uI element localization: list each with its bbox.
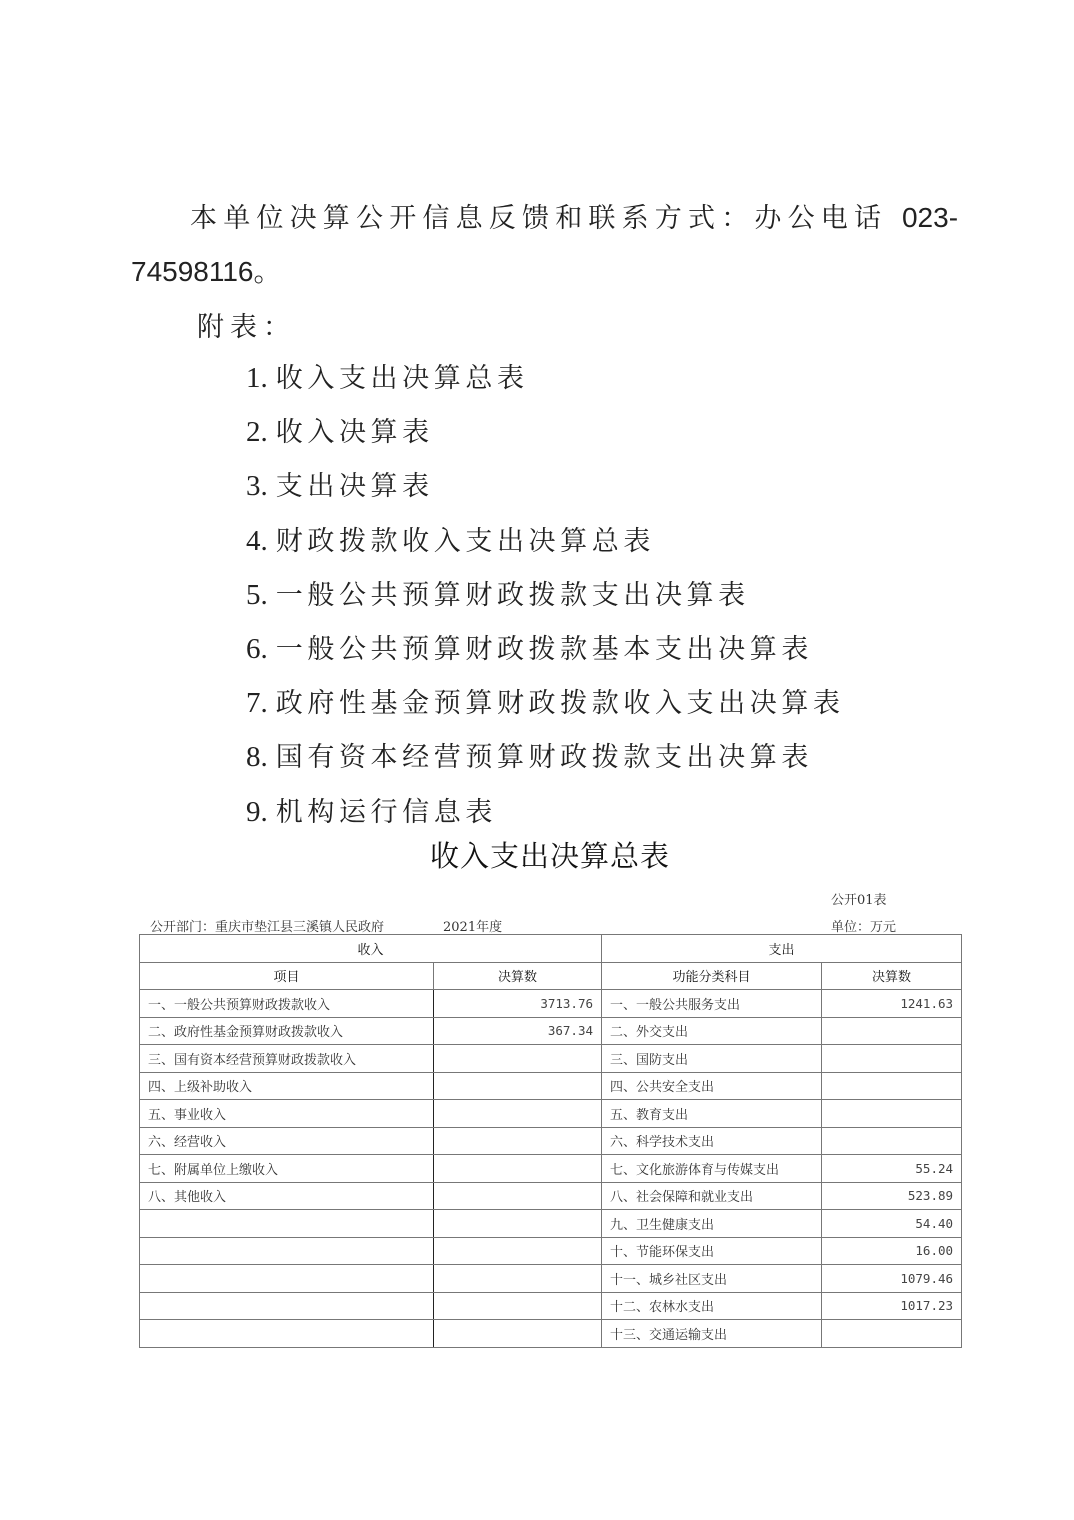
income-amount [434, 1182, 602, 1210]
col-header-expense-amount: 决算数 [822, 962, 962, 990]
item-number: 7. [246, 687, 268, 719]
income-expense-table: 收入 支出 项目 决算数 功能分类科目 决算数 一、一般公共预算财政拨款收入37… [139, 934, 962, 1348]
expense-amount: 1079.46 [822, 1265, 962, 1293]
expense-item: 四、公共安全支出 [602, 1072, 822, 1100]
table-row: 六、经营收入六、科学技术支出 [140, 1127, 962, 1155]
income-amount [434, 1100, 602, 1128]
income-item: 八、其他收入 [140, 1182, 434, 1210]
item-label: 政府性基金预算财政拨款收入支出决算表 [276, 688, 845, 719]
income-item: 七、附属单位上缴收入 [140, 1155, 434, 1183]
column-header-row: 项目 决算数 功能分类科目 决算数 [140, 962, 962, 990]
expense-amount [822, 1100, 962, 1128]
item-label: 支出决算表 [276, 471, 434, 502]
table-row: 八、其他收入八、社会保障和就业支出523.89 [140, 1182, 962, 1210]
item-label: 一般公共预算财政拨款支出决算表 [276, 580, 750, 611]
income-item: 三、国有资本经营预算财政拨款收入 [140, 1045, 434, 1073]
attachment-item: 1.收入支出决算总表 [246, 356, 845, 410]
expense-item: 十一、城乡社区支出 [602, 1265, 822, 1293]
item-label: 一般公共预算财政拨款基本支出决算表 [276, 634, 813, 665]
income-item: 六、经营收入 [140, 1127, 434, 1155]
income-amount [434, 1127, 602, 1155]
income-item [140, 1210, 434, 1238]
table-row: 五、事业收入五、教育支出 [140, 1100, 962, 1128]
phone-number-part1: 023- [902, 202, 958, 233]
income-amount [434, 1292, 602, 1320]
income-item [140, 1265, 434, 1293]
table-row: 七、附属单位上缴收入七、文化旅游体育与传媒支出55.24 [140, 1155, 962, 1183]
expense-amount [822, 1045, 962, 1073]
expense-amount [822, 1127, 962, 1155]
income-item [140, 1237, 434, 1265]
attachment-item: 4.财政拨款收入支出决算总表 [246, 519, 845, 573]
expense-amount: 523.89 [822, 1182, 962, 1210]
period: 。 [254, 256, 282, 287]
item-number: 9. [246, 796, 268, 828]
item-label: 机构运行信息表 [276, 797, 497, 828]
item-number: 3. [246, 470, 268, 502]
income-amount [434, 1045, 602, 1073]
attachment-item: 5.一般公共预算财政拨款支出决算表 [246, 573, 845, 627]
income-group-header: 收入 [140, 935, 602, 963]
item-label: 国有资本经营预算财政拨款支出决算表 [276, 742, 813, 773]
group-header-row: 收入 支出 [140, 935, 962, 963]
expense-item: 十二、农林水支出 [602, 1292, 822, 1320]
expense-item: 十三、交通运输支出 [602, 1320, 822, 1348]
item-label: 收入支出决算总表 [276, 363, 529, 394]
expense-item: 十、节能环保支出 [602, 1237, 822, 1265]
income-item: 二、政府性基金预算财政拨款收入 [140, 1017, 434, 1045]
income-item [140, 1292, 434, 1320]
table-row: 九、卫生健康支出54.40 [140, 1210, 962, 1238]
table-row: 三、国有资本经营预算财政拨款收入三、国防支出 [140, 1045, 962, 1073]
expense-item: 九、卫生健康支出 [602, 1210, 822, 1238]
attachment-item: 2.收入决算表 [246, 410, 845, 464]
item-number: 4. [246, 525, 268, 557]
attachment-item: 3.支出决算表 [246, 464, 845, 518]
contact-text: 本单位决算公开信息反馈和联系方式：办公电话 [190, 203, 902, 234]
income-item [140, 1320, 434, 1348]
expense-item: 八、社会保障和就业支出 [602, 1182, 822, 1210]
table-row: 四、上级补助收入四、公共安全支出 [140, 1072, 962, 1100]
expense-amount [822, 1320, 962, 1348]
income-item: 五、事业收入 [140, 1100, 434, 1128]
attachment-item: 7.政府性基金预算财政拨款收入支出决算表 [246, 681, 845, 735]
expense-item: 五、教育支出 [602, 1100, 822, 1128]
table-row: 一、一般公共预算财政拨款收入3713.76一、一般公共服务支出1241.63 [140, 990, 962, 1018]
item-number: 5. [246, 579, 268, 611]
item-label: 收入决算表 [276, 417, 434, 448]
item-label: 财政拨款收入支出决算总表 [276, 526, 655, 557]
income-item: 四、上级补助收入 [140, 1072, 434, 1100]
table-title: 收入支出决算总表 [0, 834, 1074, 875]
expense-item: 三、国防支出 [602, 1045, 822, 1073]
income-amount [434, 1155, 602, 1183]
form-number: 公开01表 [831, 889, 887, 908]
col-header-category: 功能分类科目 [602, 962, 822, 990]
income-amount [434, 1237, 602, 1265]
expense-group-header: 支出 [602, 935, 962, 963]
phone-number-part2: 74598116 [131, 256, 254, 287]
contact-paragraph-cont: 74598116。 [131, 250, 282, 290]
col-header-item: 项目 [140, 962, 434, 990]
attachments-list: 1.收入支出决算总表 2.收入决算表 3.支出决算表 4.财政拨款收入支出决算总… [246, 356, 845, 844]
item-number: 8. [246, 741, 268, 773]
expense-item: 七、文化旅游体育与传媒支出 [602, 1155, 822, 1183]
income-amount [434, 1320, 602, 1348]
attachment-item: 6.一般公共预算财政拨款基本支出决算表 [246, 627, 845, 681]
table-row: 十、节能环保支出16.00 [140, 1237, 962, 1265]
income-amount [434, 1265, 602, 1293]
fiscal-year: 2021年度 [443, 916, 502, 935]
income-amount: 3713.76 [434, 990, 602, 1018]
expense-item: 六、科学技术支出 [602, 1127, 822, 1155]
expense-amount: 1241.63 [822, 990, 962, 1018]
expense-item: 一、一般公共服务支出 [602, 990, 822, 1018]
table-row: 十三、交通运输支出 [140, 1320, 962, 1348]
expense-amount: 1017.23 [822, 1292, 962, 1320]
department-label: 公开部门：重庆市垫江县三溪镇人民政府 [150, 916, 384, 935]
expense-amount [822, 1072, 962, 1100]
expense-amount: 54.40 [822, 1210, 962, 1238]
contact-paragraph: 本单位决算公开信息反馈和联系方式：办公电话 023- [190, 196, 958, 235]
item-number: 1. [246, 362, 268, 394]
income-item: 一、一般公共预算财政拨款收入 [140, 990, 434, 1018]
attachments-label: 附表： [197, 305, 296, 344]
item-number: 6. [246, 633, 268, 665]
expense-amount [822, 1017, 962, 1045]
col-header-income-amount: 决算数 [434, 962, 602, 990]
expense-item: 二、外交支出 [602, 1017, 822, 1045]
income-amount [434, 1072, 602, 1100]
expense-amount: 16.00 [822, 1237, 962, 1265]
table-row: 十二、农林水支出1017.23 [140, 1292, 962, 1320]
table-row: 十一、城乡社区支出1079.46 [140, 1265, 962, 1293]
income-amount [434, 1210, 602, 1238]
expense-amount: 55.24 [822, 1155, 962, 1183]
item-number: 2. [246, 416, 268, 448]
table-row: 二、政府性基金预算财政拨款收入367.34二、外交支出 [140, 1017, 962, 1045]
unit-label: 单位：万元 [831, 916, 896, 935]
attachment-item: 8.国有资本经营预算财政拨款支出决算表 [246, 735, 845, 789]
income-amount: 367.34 [434, 1017, 602, 1045]
